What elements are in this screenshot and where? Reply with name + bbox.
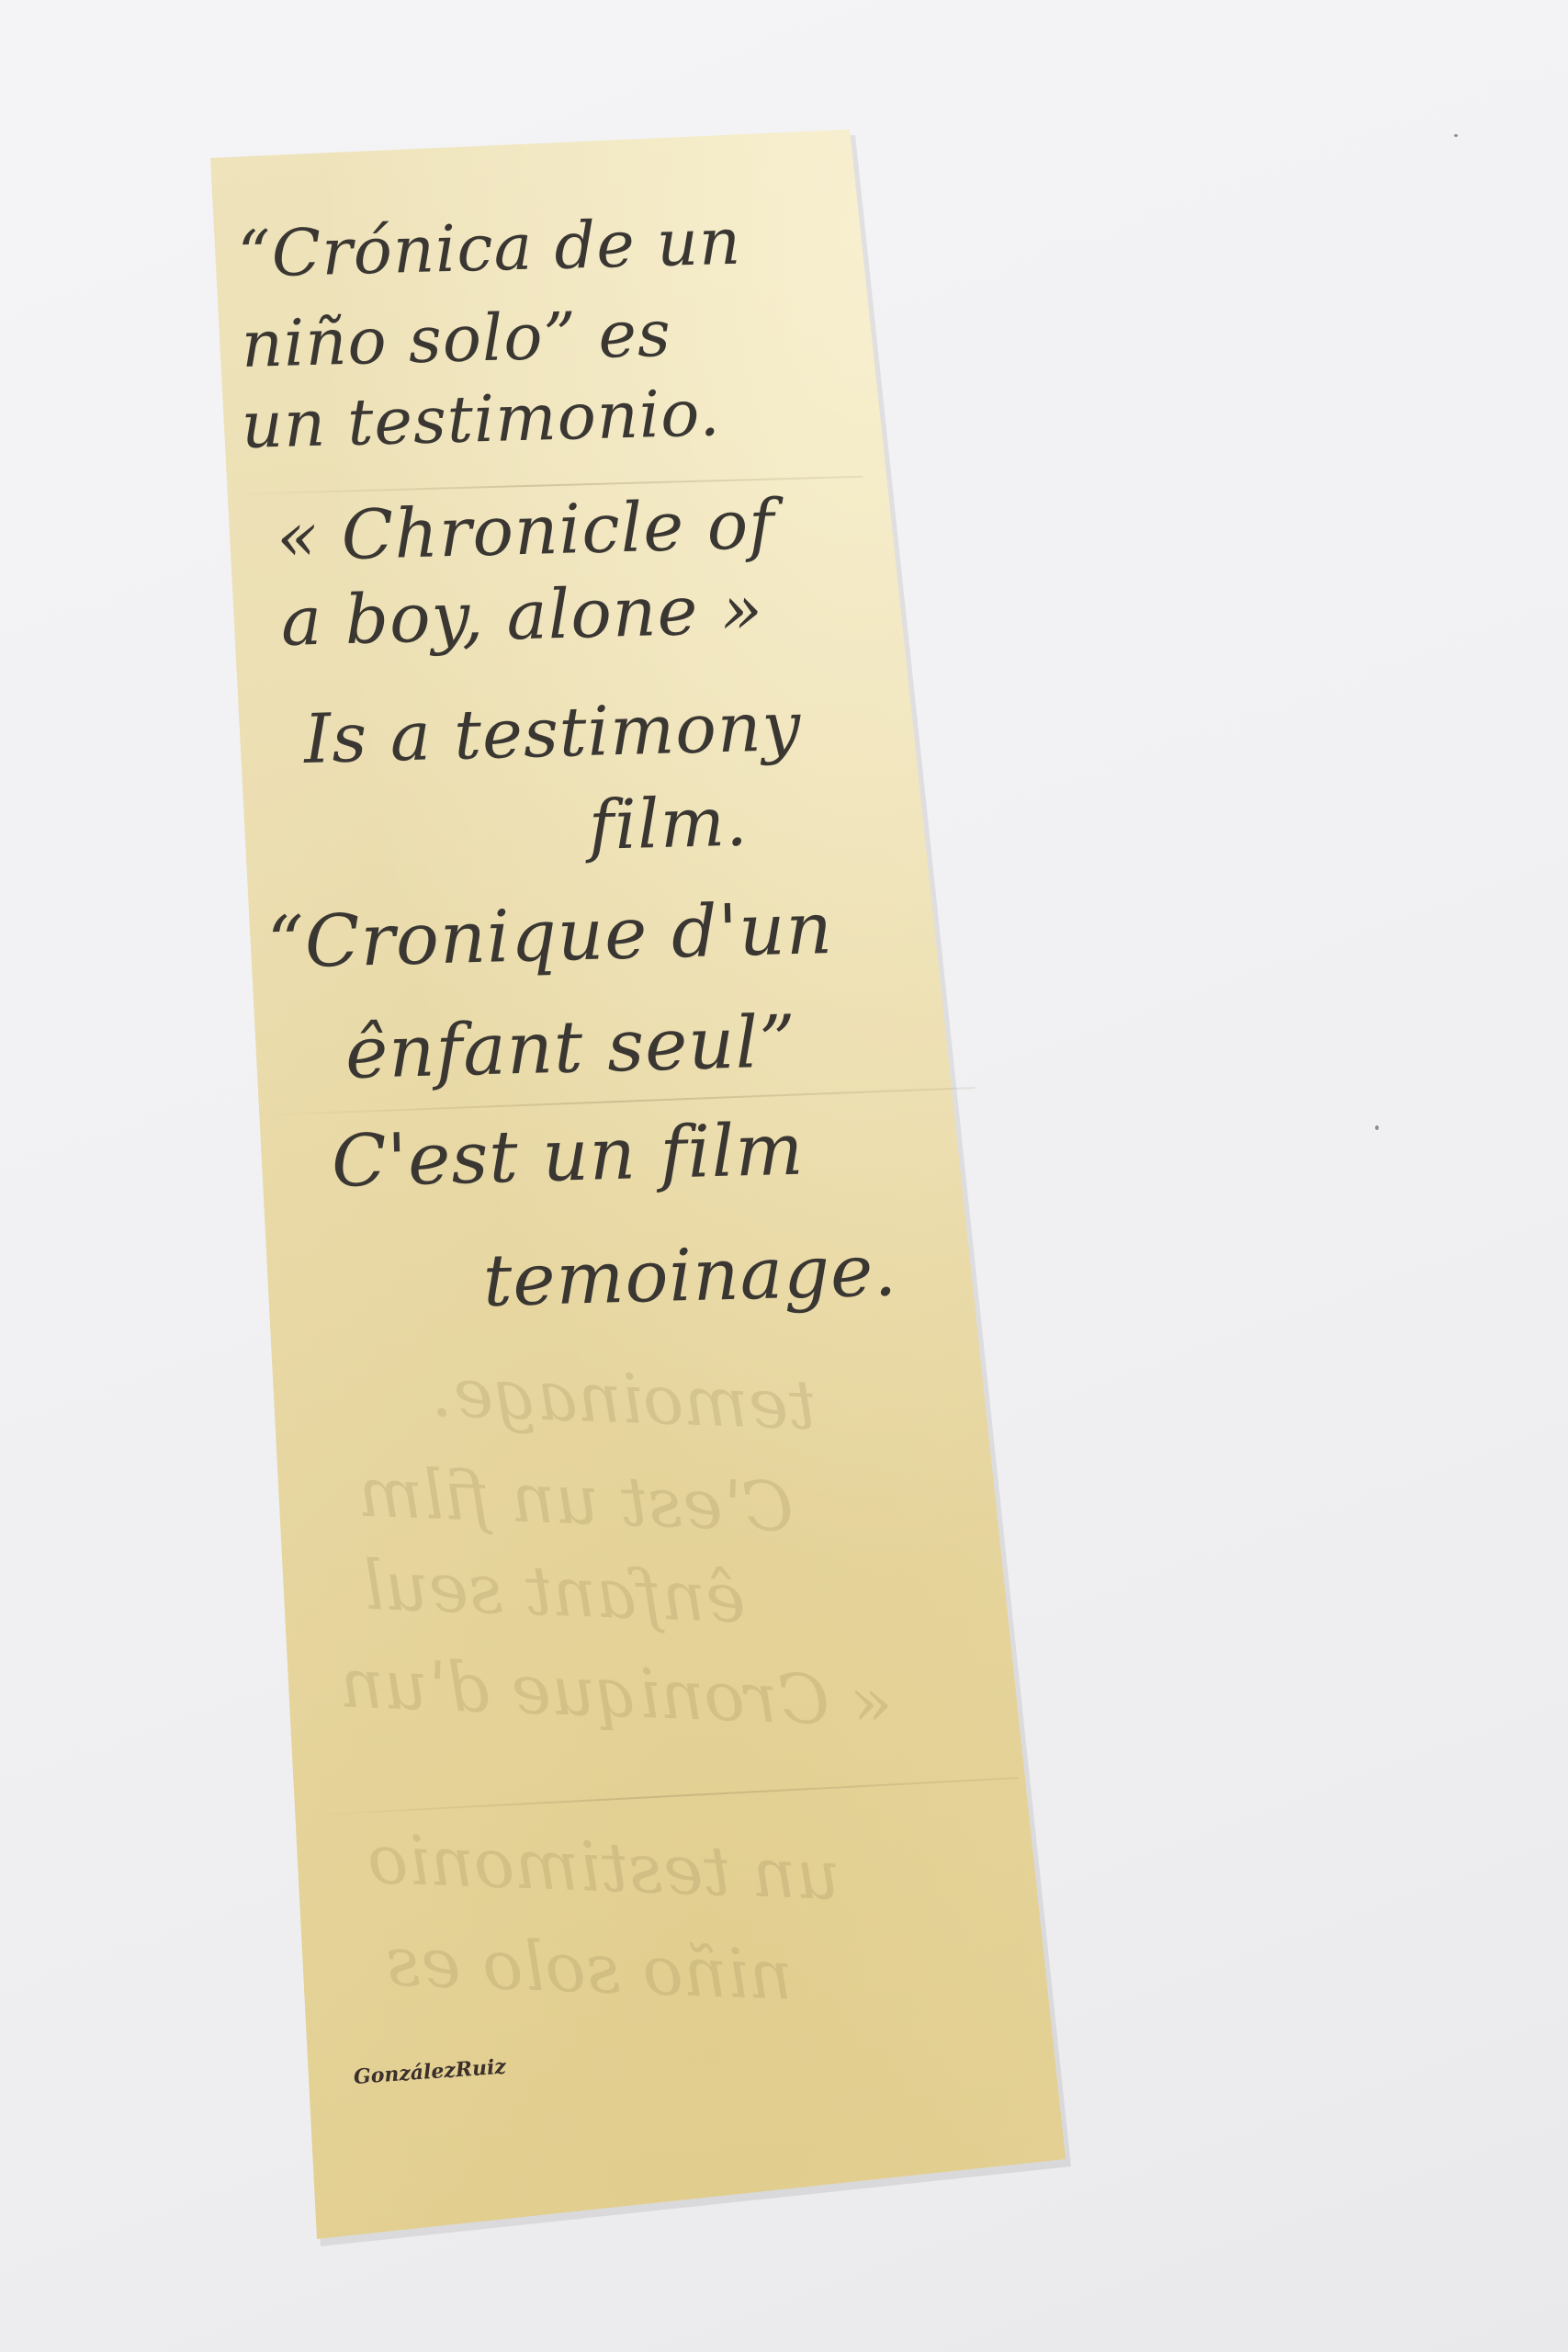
french-line-4: temoinage. [482, 1235, 898, 1317]
english-line-3: Is a testimony [303, 693, 802, 774]
french-line-2: ênfant seul” [344, 1006, 797, 1090]
background-speck [1454, 134, 1458, 137]
show-through-line: « Cronique d'un [339, 1645, 895, 1743]
french-line-3: C'est un film [331, 1114, 805, 1198]
spanish-line-2: niño solo” es [241, 301, 672, 377]
spanish-line-3: un testimonio. [241, 380, 721, 458]
french-line-1: “Cronique d'un [266, 893, 834, 979]
show-through-line: ênfant seul [362, 1546, 748, 1639]
background-speck [1375, 1125, 1379, 1130]
show-through-line: C'est un film [357, 1453, 795, 1547]
show-through-line: temoinage. [431, 1353, 818, 1446]
show-through-line: niño solo es [385, 1922, 795, 2015]
show-through-line: un testimonio [367, 1820, 841, 1916]
artist-signature: GonzálezRuiz [353, 2054, 507, 2089]
english-line-4: film. [588, 787, 749, 860]
english-line-1: « Chronicle of [276, 491, 775, 571]
spanish-line-1: “Crónica de un [237, 209, 742, 287]
paper-content: temoinage. C'est un film ênfant seul « C… [0, 0, 1568, 2352]
english-line-2: a boy, alone » [280, 575, 764, 656]
